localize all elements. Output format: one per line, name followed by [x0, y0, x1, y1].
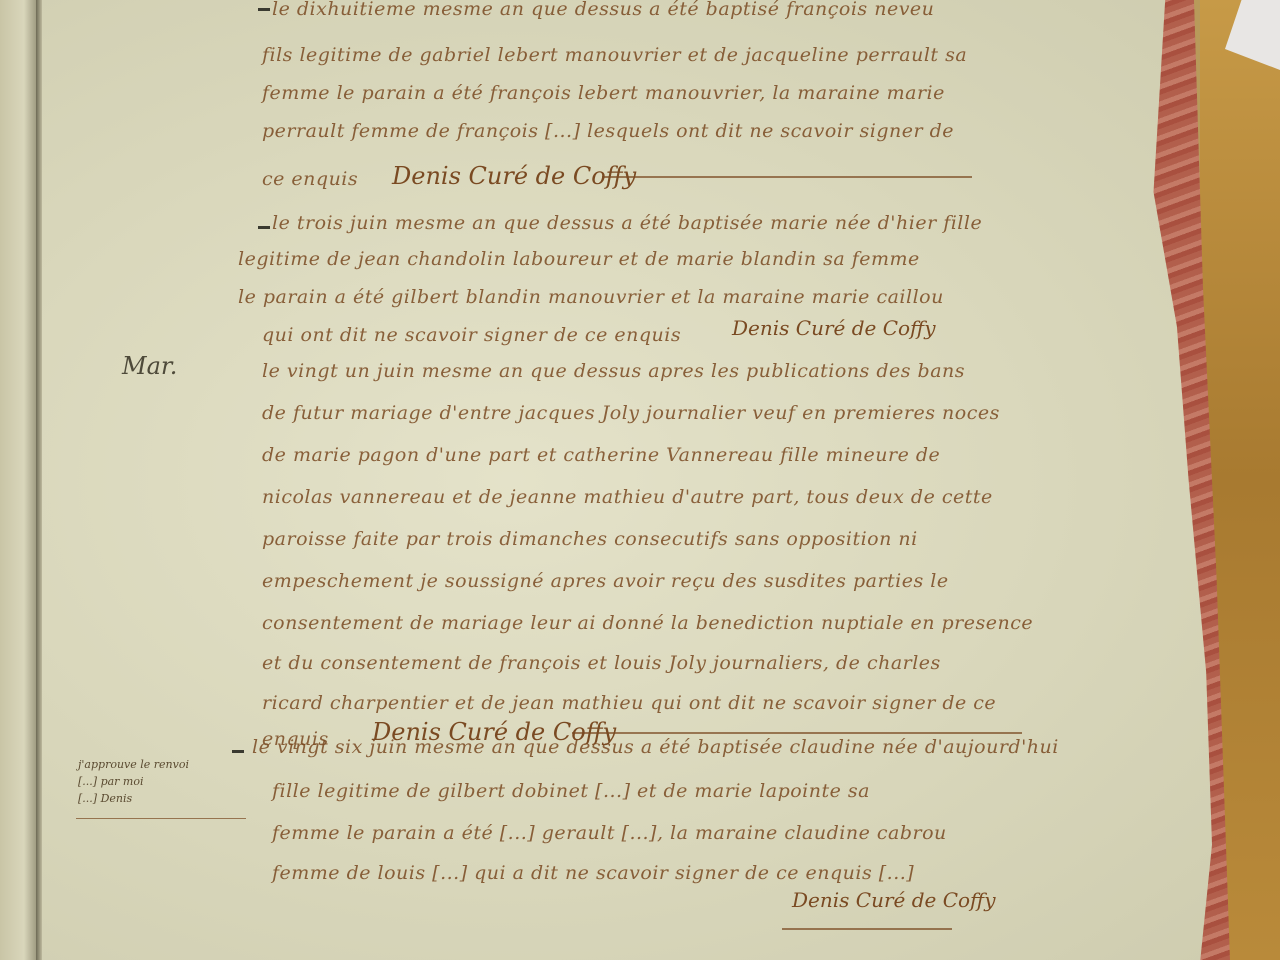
- entry-4-line-4: femme de louis [...] qui a dit ne scavoi…: [272, 862, 914, 884]
- entry-4-line-1: le vingt six juin mesme an que dessus a …: [252, 736, 1059, 758]
- entry-3-line-2: de futur mariage d'entre jacques Joly jo…: [262, 402, 1000, 424]
- entry-1-line-5: ce enquis: [262, 168, 358, 190]
- register-page: le dixhuitieme mesme an que dessus a été…: [42, 0, 1212, 960]
- entry-3-line-9: ricard charpentier et de jean mathieu qu…: [262, 692, 996, 714]
- entry-3-line-6: empeschement je soussigné apres avoir re…: [262, 570, 949, 592]
- entry-1-signature: Denis Curé de Coffy: [392, 162, 636, 190]
- entry-2-signature: Denis Curé de Coffy: [732, 316, 936, 340]
- entry-3-line-7: consentement de mariage leur ai donné la…: [262, 612, 1033, 634]
- entry-4-line-3: femme le parain a été [...] gerault [...…: [272, 822, 947, 844]
- signature-rule: [782, 928, 952, 930]
- book-gutter: [36, 0, 42, 960]
- entry-3-line-8: et du consentement de françois et louis …: [262, 652, 941, 674]
- previous-page-edge: [0, 0, 40, 960]
- entry-2-line-3: le parain a été gilbert blandin manouvri…: [238, 286, 944, 308]
- entry-marker: [232, 750, 244, 753]
- margin-note-line-1: j'approuve le renvoi: [78, 756, 189, 773]
- entry-4-signature: Denis Curé de Coffy: [792, 888, 996, 912]
- entry-2-line-2: legitime de jean chandolin laboureur et …: [238, 248, 920, 270]
- entry-3-line-1: le vingt un juin mesme an que dessus apr…: [262, 360, 965, 382]
- entry-1-line-4: perrault femme de françois [...] lesquel…: [262, 120, 954, 142]
- entry-2-line-1: le trois juin mesme an que dessus a été …: [272, 212, 982, 234]
- signature-rule: [602, 176, 972, 178]
- entry-3-line-4: nicolas vannereau et de jeanne mathieu d…: [262, 486, 993, 508]
- entry-3-line-5: paroisse faite par trois dimanches conse…: [262, 528, 918, 550]
- entry-1-line-3: femme le parain a été françois lebert ma…: [262, 82, 945, 104]
- entry-1-line-2: fils legitime de gabriel lebert manouvri…: [262, 44, 967, 66]
- entry-1-line-1: le dixhuitieme mesme an que dessus a été…: [272, 0, 934, 20]
- entry-3-line-3: de marie pagon d'une part et catherine V…: [262, 444, 940, 466]
- entry-4-line-2: fille legitime de gilbert dobinet [...] …: [272, 780, 870, 802]
- photo-scene: le dixhuitieme mesme an que dessus a été…: [0, 0, 1280, 960]
- signature-rule: [572, 732, 1022, 734]
- margin-note-line-3: [...] Denis: [78, 790, 189, 807]
- entry-marker: [258, 8, 270, 11]
- margin-note-line-2: [...] par moi: [78, 773, 189, 790]
- entry-marker: [258, 226, 270, 229]
- margin-note-rule: [76, 818, 246, 819]
- entry-2-line-4: qui ont dit ne scavoir signer de ce enqu…: [262, 324, 681, 346]
- marriage-margin-label: Mar.: [122, 352, 177, 380]
- margin-approval-note: j'approuve le renvoi [...] par moi [...]…: [78, 756, 189, 807]
